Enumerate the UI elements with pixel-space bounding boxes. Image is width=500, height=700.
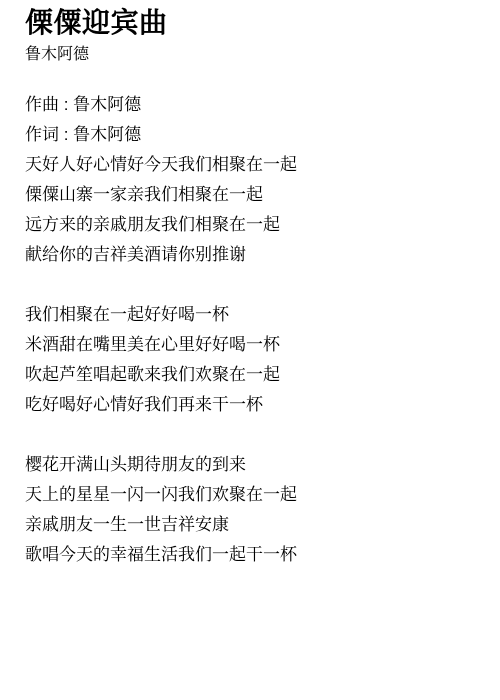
lyric-line: 吃好喝好心情好我们再来干一杯: [25, 390, 480, 420]
lyric-line: 亲戚朋友一生一世吉祥安康: [25, 510, 480, 540]
lyric-line: 远方来的亲戚朋友我们相聚在一起: [25, 210, 480, 240]
stanza-3: 樱花开满山头期待朋友的到来 天上的星星一闪一闪我们欢聚在一起 亲戚朋友一生一世吉…: [25, 450, 480, 570]
stanza-2: 我们相聚在一起好好喝一杯 米酒甜在嘴里美在心里好好喝一杯 吹起芦笙唱起歌来我们欢…: [25, 300, 480, 420]
lyrics-page: 傈僳迎宾曲 鲁木阿德 作曲 : 鲁木阿德 作词 : 鲁木阿德 天好人好心情好今天…: [0, 0, 500, 700]
lyric-line: 樱花开满山头期待朋友的到来: [25, 450, 480, 480]
lyric-line: 献给你的吉祥美酒请你别推谢: [25, 240, 480, 270]
lyric-line: 傈僳山寨一家亲我们相聚在一起: [25, 180, 480, 210]
lyric-line: 作词 : 鲁木阿德: [25, 120, 480, 150]
lyric-line: 米酒甜在嘴里美在心里好好喝一杯: [25, 330, 480, 360]
lyric-line: 天好人好心情好今天我们相聚在一起: [25, 150, 480, 180]
lyrics-body: 作曲 : 鲁木阿德 作词 : 鲁木阿德 天好人好心情好今天我们相聚在一起 傈僳山…: [25, 90, 480, 570]
lyric-line: 天上的星星一闪一闪我们欢聚在一起: [25, 480, 480, 510]
artist-name: 鲁木阿德: [25, 44, 480, 66]
lyric-line: 吹起芦笙唱起歌来我们欢聚在一起: [25, 360, 480, 390]
lyric-line: 我们相聚在一起好好喝一杯: [25, 300, 480, 330]
stanza-1: 作曲 : 鲁木阿德 作词 : 鲁木阿德 天好人好心情好今天我们相聚在一起 傈僳山…: [25, 90, 480, 270]
lyric-line: 歌唱今天的幸福生活我们一起干一杯: [25, 540, 480, 570]
lyric-line: 作曲 : 鲁木阿德: [25, 90, 480, 120]
page-title: 傈僳迎宾曲: [25, 6, 480, 40]
